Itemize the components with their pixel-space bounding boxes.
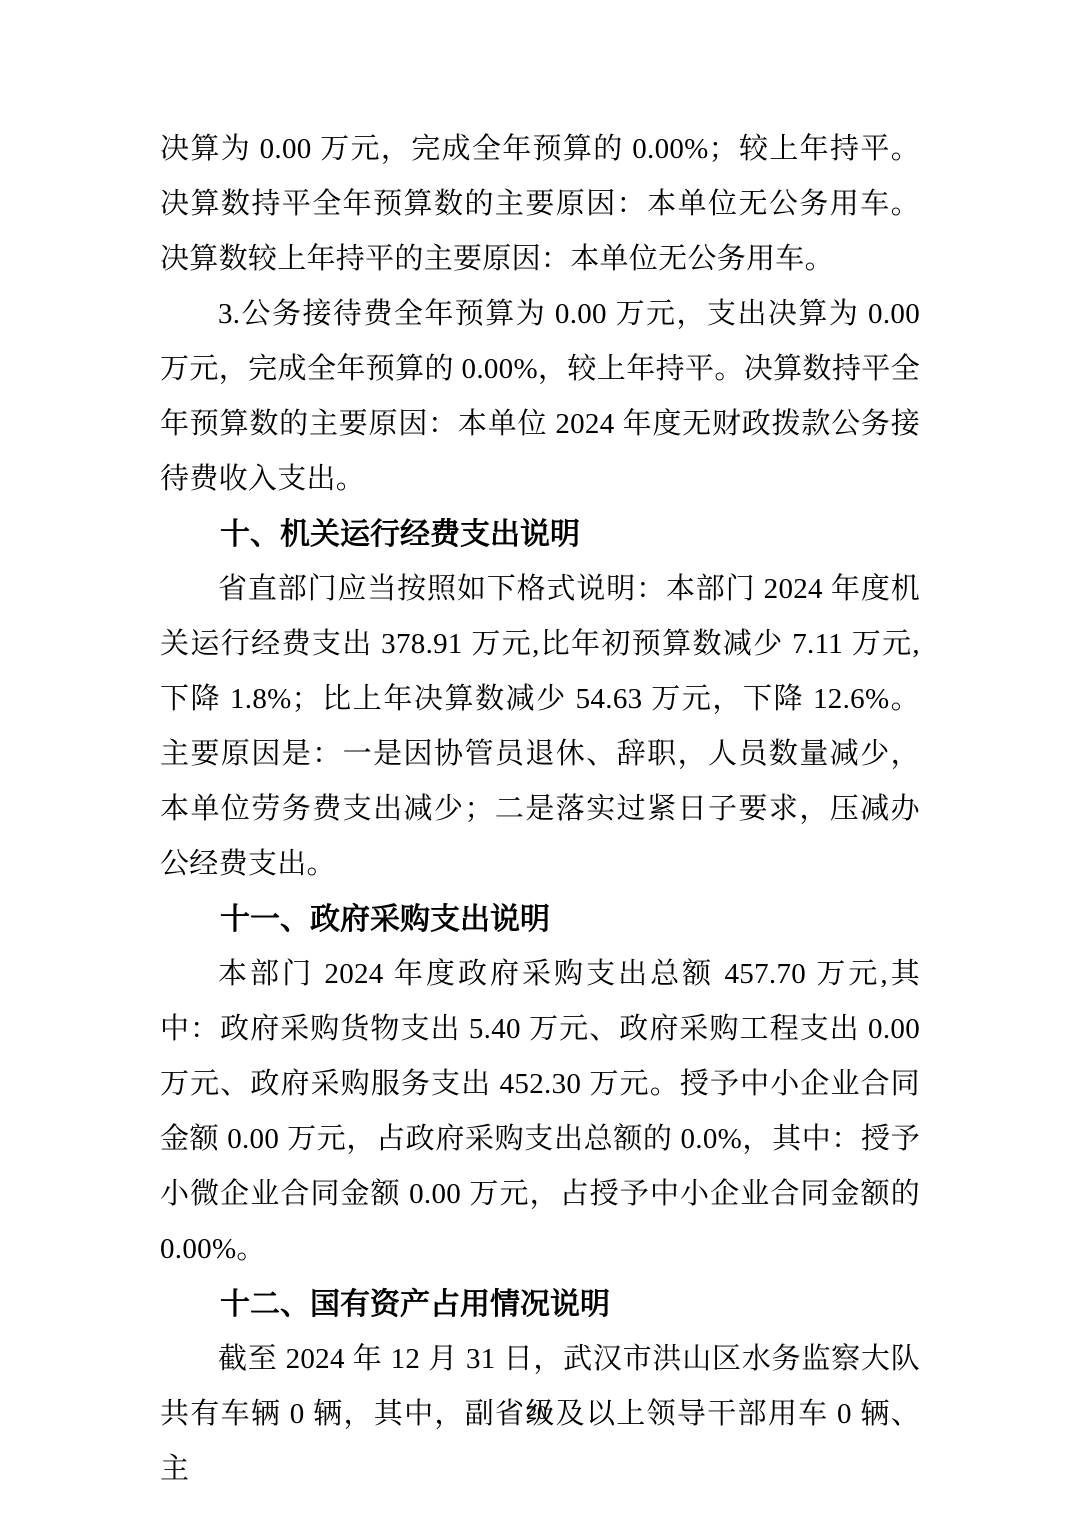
section-heading-10-operating-expenses: 十、机关运行经费支出说明	[160, 507, 920, 562]
paragraph-official-reception-fee: 3.公务接待费全年预算为 0.00 万元，支出决算为 0.00 万元，完成全年预…	[160, 287, 920, 507]
section-heading-11-government-procurement: 十一、政府采购支出说明	[160, 892, 920, 947]
document-page: 决算为 0.00 万元，完成全年预算的 0.00%；较上年持平。决算数持平全年预…	[0, 0, 1074, 1520]
paragraph-vehicle-budget-continuation: 决算为 0.00 万元，完成全年预算的 0.00%；较上年持平。决算数持平全年预…	[160, 122, 920, 287]
page-number: 20	[0, 1398, 1074, 1428]
paragraph-government-procurement-detail: 本部门 2024 年度政府采购支出总额 457.70 万元,其中：政府采购货物支…	[160, 947, 920, 1277]
section-heading-12-state-owned-assets: 十二、国有资产占用情况说明	[160, 1277, 920, 1332]
paragraph-operating-expenses-detail: 省直部门应当按照如下格式说明：本部门 2024 年度机关运行经费支出 378.9…	[160, 562, 920, 892]
